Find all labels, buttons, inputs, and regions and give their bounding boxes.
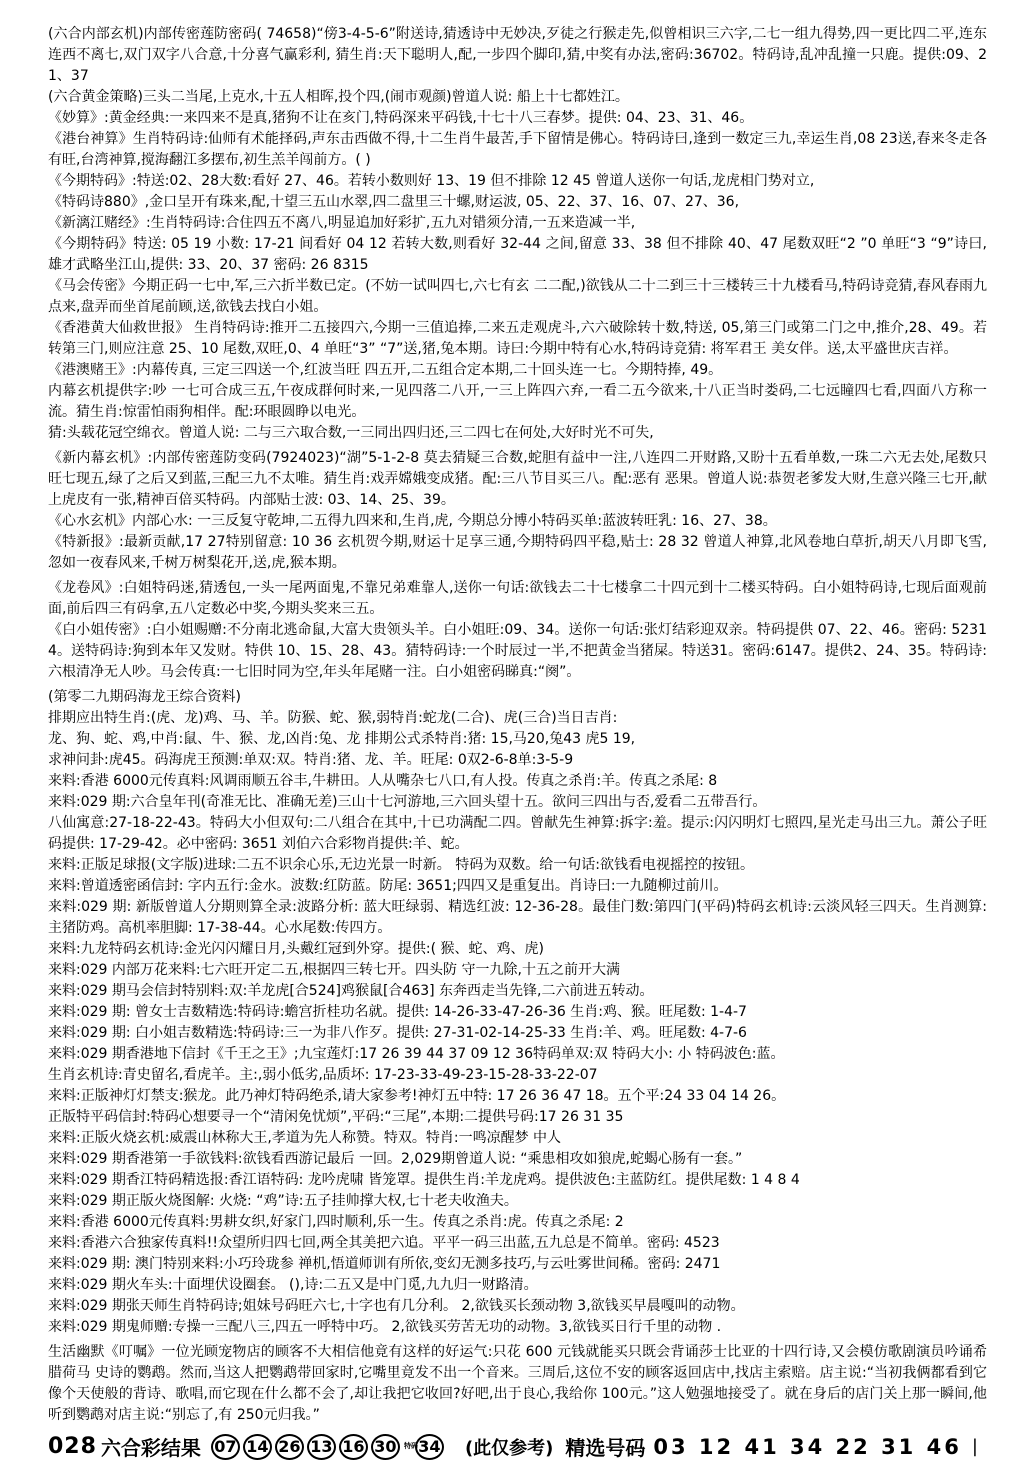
text-line: 求神问卦:虎45。码海虎王预测:单双:双。特肖:猪、龙、羊。旺尾: 0双2-6-… [48,750,987,771]
text-line: 猜:头载花冠空绵衣。曾道人说: 二与三六取合数,一三同出四归还,三二四七在何处,… [48,423,987,444]
text-line: 正版特平码信封:特码心想要寻一个“清闲免忧烦”,平码:“三尾”,本期:二提供号码… [48,1107,987,1128]
text-line: 内幕玄机提供字:吵 一七可合成三五,午夜成群何时来,一见四落二八开,一三上阵四六… [48,381,987,423]
text-line: 来料:029 期:六合皇年刊(奇准无比、准确无差)三山十七河游地,三六回头望十五… [48,792,987,813]
text-line: 来料:正版神灯灯禁支:猴龙。此乃神灯特码绝杀,请大家参考!神灯五中特: 17 2… [48,1086,987,1107]
end-bar: | [972,1436,978,1457]
text-line: 《白小姐传密》:白小姐赐赠:不分南北逃命鼠,大富大贵领头羊。白小姐旺:09、34… [48,620,987,683]
selected-numbers-label: 精选号码 [565,1432,645,1461]
text-line: 来料:029 期: 澳门特别来料:小巧玲珑参 禅机,悟道师训有所依,变幻无测多技… [48,1254,987,1275]
text-line: 来料:029 期火车头:十面埋伏设圈套。 (),诗:二五又是中门觅,九九归一财路… [48,1275,987,1296]
text-line: 《香港黄大仙救世报》 生肖特码诗:推开二五接四六,今期一三值追捧,二来五走观虎斗… [48,318,987,360]
selected-numbers: 03 12 41 34 22 31 46 [653,1435,961,1459]
text-line: 来料:029 期正版火烧图解: 火烧: “鸡”诗:五子挂帅撑大权,七十老夫收渔夫… [48,1191,987,1212]
text-line: 来料:029 期鬼师赠:专操一三配八三,四五一呼特中巧。 2,欲钱买劳苦无功的动… [48,1317,987,1338]
drawn-number-ball: 30 [371,1434,400,1460]
text-line: 生活幽默《叮嘱》一位光顾宠物店的顾客不大相信他竟有这样的好运气:只花 600 元… [48,1342,987,1426]
special-number-label: 特码 [404,1443,414,1450]
drawn-number-ball: 07 [211,1434,240,1460]
reference-note: (此仅参考) [465,1434,553,1460]
text-line: 来料:029 期香港地下信封《千王之王》;九宝莲灯:17 26 39 44 37… [48,1044,987,1065]
text-line: 来料:029 期: 新版曾道人分期则算全录:波路分析: 蓝大旺绿弱、精选红波: … [48,897,987,939]
lottery-tip-sheet-page: (六合内部玄机)内部传密莲防密码( 74658)“傍3-4-5-6”附送诗,猜透… [0,0,1025,1467]
text-line: 八仙寓意:27-18-22-43。特码大小但双句:二八组合在其中,十已功满配二四… [48,813,987,855]
text-line: 来料:香港 6000元传真料:风调雨顺五谷丰,牛耕田。人从嘴杂七八口,有人投。传… [48,771,987,792]
special-number-ball: 34 [415,1434,444,1460]
text-line: 生肖玄机诗:青史留名,看虎羊。主:,弱小低劣,品质坏: 17-23-33-49-… [48,1065,987,1086]
text-line: 来料:曾道透密函信封: 字内五行:金水。波数:红防蓝。防尾: 3651;四四又是… [48,876,987,897]
text-line: 排期应出特生肖:(虎、龙)鸡、马、羊。防猴、蛇、猴,弱特肖:蛇龙(二合)、虎(三… [48,708,987,729]
text-line: 来料:029 期马会信封特别料:双:羊龙虎[合524]鸡猴鼠[合463] 东奔西… [48,981,987,1002]
text-line: 来料:正版火烧玄机:威震山林称大王,孝道为先人称赞。特双。特肖:一鸣凉醒梦 中人 [48,1128,987,1149]
text-line: 《龙卷风》:白姐特码迷,猜透包,一头一尾两面鬼,不靠兄弟难靠人,送你一句话:欲钱… [48,578,987,620]
drawn-number-balls: 071426131630 [211,1434,403,1460]
text-line: 《今期特码》:特送:02、28大数:看好 27、46。若转小数则好 13、19 … [48,171,987,192]
text-line: 来料:香港六合独家传真料!!众望所归四七回,两全其美把六追。平平一码三出蓝,五九… [48,1233,987,1254]
text-line: 来料:九龙特码玄机诗:金光闪闪耀日月,头戴红冠到外穿。提供:( 猴、蛇、鸡、虎) [48,939,987,960]
text-line: 来料:029 期: 白小姐吉数精选:特码诗:三一为非八作歹。提供: 27-31-… [48,1023,987,1044]
text-line: 《港澳赌王》:内幕传真, 三定三四送一个,红波当旺 四五开,二五组合定本期,二十… [48,360,987,381]
text-line: 《特码诗880》,金口呈开有珠来,配,十望三五山水翠,四二盘里三十螺,财运波, … [48,192,987,213]
text-line: 来料:029 期香江特码精选报:香江语特码: 龙吟虎啸 皆笼罩。提供生肖:羊龙虎… [48,1170,987,1191]
text-line: 《新漓江赌经》:生肖特码诗:合住四五不离八,明显追加好彩扩,五九对错须分清,一五… [48,213,987,234]
text-line: 《特新报》:最新贡献,17 27特别留意: 10 36 玄机贺今期,财运十足享三… [48,532,987,574]
text-line: 《心水玄机》内部心水: 一三反复守乾坤,二五得九四来和,生肖,虎, 今期总分博小… [48,511,987,532]
drawn-number-ball: 14 [243,1434,272,1460]
text-line: 《妙算》:黄金经典:一来四来不是真,猪狗不让在亥门,特码深来平码钱,十七十八三春… [48,108,987,129]
text-line: 来料:029 内部万花来料:七六旺开定二五,根据四三转七开。四头防 守一九除,十… [48,960,987,981]
drawn-number-ball: 16 [339,1434,368,1460]
text-line: 来料:香港 6000元传真料:男耕女织,好家门,四时顺利,乐一生。传真之杀肖:虎… [48,1212,987,1233]
document-body: (六合内部玄机)内部传密莲防密码( 74658)“傍3-4-5-6”附送诗,猜透… [48,24,987,1426]
issue-number: 028 [48,1434,97,1459]
text-line: 《港台神算》生肖特码诗:仙师有术能择码,声东击西做不得,十二生肖牛最苦,手下留情… [48,129,987,171]
text-line: 来料:029 期香港第一手欲钱料:欲钱看西游记最后 一回。2,029期曾道人说:… [48,1149,987,1170]
text-line: 《今期特码》特送: 05 19 小数: 17-21 间看好 04 12 若转大数… [48,234,987,276]
text-line: 来料:029 期张天师生肖特码诗;姐妹号码旺六七,十字也有几分利。 2,欲钱买长… [48,1296,987,1317]
drawn-number-ball: 26 [275,1434,304,1460]
result-label: 六合彩结果 [101,1432,201,1461]
text-line: 《马会传密》今期正码一七中,军,三六折半数已定。(不妨一试叫四七,六七有玄 二二… [48,276,987,318]
lottery-result-row: 028 六合彩结果 071426131630 特码 34 (此仅参考) 精选号码… [48,1432,987,1461]
text-line: 来料:正版足球报(文字版)进球:二五不识余心乐,无边光景一时新。 特码为双数。给… [48,855,987,876]
text-line: (六合黄金策略)三头二当尾,上克水,十五人相晖,投个四,(闹市观颜)曾道人说: … [48,87,987,108]
text-line: 龙、狗、蛇、鸡,中肖:鼠、牛、猴、龙,凶肖:兔、龙 排期公式杀特肖:猪: 15,… [48,729,987,750]
text-line: (第零二九期码海龙王综合资料) [48,687,987,708]
text-line: 来料:029 期: 曾女士吉数精选:特码诗:蟾宫折桂功名就。提供: 14-26-… [48,1002,987,1023]
text-line: (六合内部玄机)内部传密莲防密码( 74658)“傍3-4-5-6”附送诗,猜透… [48,24,987,87]
drawn-number-ball: 13 [307,1434,336,1460]
text-line: 《新内幕玄机》:内部传密莲防变码(7924023)“湖”5-1-2-8 莫去猜疑… [48,448,987,511]
